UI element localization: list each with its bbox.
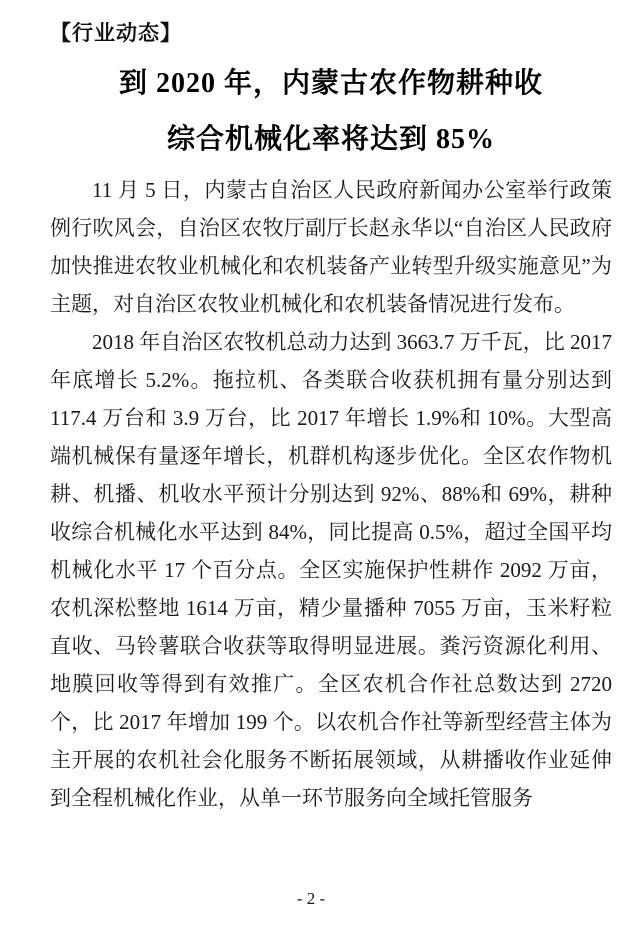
- paragraph-intro: 11 月 5 日，内蒙古自治区人民政府新闻办公室举行政策例行吹风会，自治区农牧厅…: [50, 171, 612, 323]
- page-number: - 2 -: [0, 889, 622, 909]
- section-label: 【行业动态】: [50, 20, 612, 48]
- document-title-line1: 到 2020 年，内蒙古农作物耕种收: [50, 56, 612, 112]
- document-title: 到 2020 年，内蒙古农作物耕种收 综合机械化率将达到 85%: [50, 56, 612, 168]
- document-page: 【行业动态】 到 2020 年，内蒙古农作物耕种收 综合机械化率将达到 85% …: [0, 0, 622, 926]
- document-title-line2: 综合机械化率将达到 85%: [50, 112, 612, 168]
- paragraph-statistics: 2018 年自治区农牧机总动力达到 3663.7 万千瓦，比 2017 年底增长…: [50, 323, 612, 817]
- document-body: 11 月 5 日，内蒙古自治区人民政府新闻办公室举行政策例行吹风会，自治区农牧厅…: [50, 171, 612, 817]
